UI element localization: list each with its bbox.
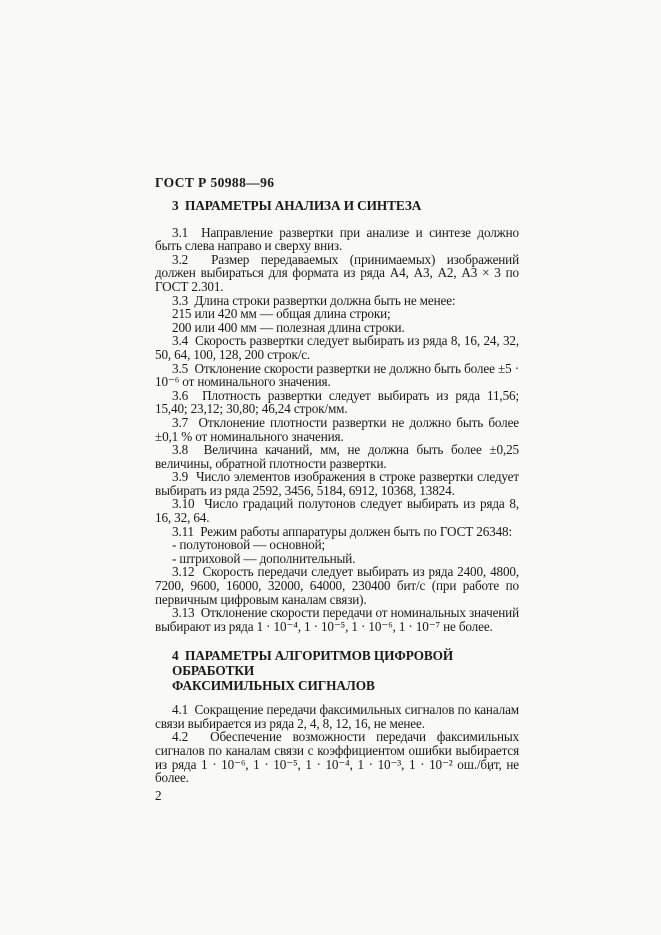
section-4-heading: 4 ПАРАМЕТРЫ АЛГОРИТМОВ ЦИФРОВОЙ ОБРАБОТК…	[172, 649, 519, 693]
clause-3-1: 3.1 Направление развертки при анализе и …	[155, 226, 519, 253]
clause-3-9: 3.9 Число элементов изображения в строке…	[155, 470, 519, 497]
clause-3-7: 3.7 Отклонение плотности развертки не до…	[155, 416, 519, 443]
clause-3-3-item-2: 200 или 400 мм — полезная длина строки.	[155, 321, 519, 335]
section-4-heading-line1: 4 ПАРАМЕТРЫ АЛГОРИТМОВ ЦИФРОВОЙ ОБРАБОТК…	[172, 649, 519, 678]
clause-3-11-item-2: - штриховой — дополнительный.	[155, 552, 519, 566]
clause-3-3: 3.3 Длина строки развертки должна быть н…	[155, 294, 519, 308]
page-number: 2	[155, 789, 519, 803]
clause-3-10: 3.10 Число градаций полутонов следует вы…	[155, 497, 519, 524]
section-3-heading: 3 ПАРАМЕТРЫ АНАЛИЗА И СИНТЕЗА	[172, 199, 519, 214]
section-4-heading-line2: ФАКСИМИЛЬНЫХ СИГНАЛОВ	[172, 679, 519, 694]
section-4: 4 ПАРАМЕТРЫ АЛГОРИТМОВ ЦИФРОВОЙ ОБРАБОТК…	[155, 649, 519, 784]
clause-3-4: 3.4 Скорость развертки следует выбирать …	[155, 334, 519, 361]
clause-3-6: 3.6 Плотность развертки следует выбирать…	[155, 389, 519, 416]
clause-3-11-item-1: - полутоновой — основной;	[155, 538, 519, 552]
clause-3-12: 3.12 Скорость передачи следует выбирать …	[155, 565, 519, 606]
clause-3-8: 3.8 Величина качаний, мм, не должна быть…	[155, 443, 519, 470]
clause-4-2: 4.2 Обеспечение возможности передачи фак…	[155, 730, 519, 784]
section-3: 3 ПАРАМЕТРЫ АНАЛИЗА И СИНТЕЗА 3.1 Направ…	[155, 199, 519, 633]
doc-number: ГОСТ Р 50988—96	[155, 176, 519, 190]
clause-3-5: 3.5 Отклонение скорости развертки не дол…	[155, 362, 519, 389]
clause-3-11: 3.11 Режим работы аппаратуры должен быть…	[155, 525, 519, 539]
clause-3-13: 3.13 Отклонение скорости передачи от ном…	[155, 606, 519, 633]
clause-3-2: 3.2 Размер передаваемых (принимаемых) из…	[155, 253, 519, 294]
clause-4-1: 4.1 Сокращение передачи факсимильных сиг…	[155, 703, 519, 730]
page-content: ГОСТ Р 50988—96 3 ПАРАМЕТРЫ АНАЛИЗА И СИ…	[155, 176, 519, 803]
scan-speck	[489, 768, 491, 771]
section-4-paragraphs: 4.1 Сокращение передачи факсимильных сиг…	[155, 703, 519, 785]
scanned-document-page: { "page": { "doc_number": "ГОСТ Р 50988—…	[0, 0, 661, 935]
clause-3-3-item-1: 215 или 420 мм — общая длина строки;	[155, 307, 519, 321]
section-3-paragraphs: 3.1 Направление развертки при анализе и …	[155, 226, 519, 634]
